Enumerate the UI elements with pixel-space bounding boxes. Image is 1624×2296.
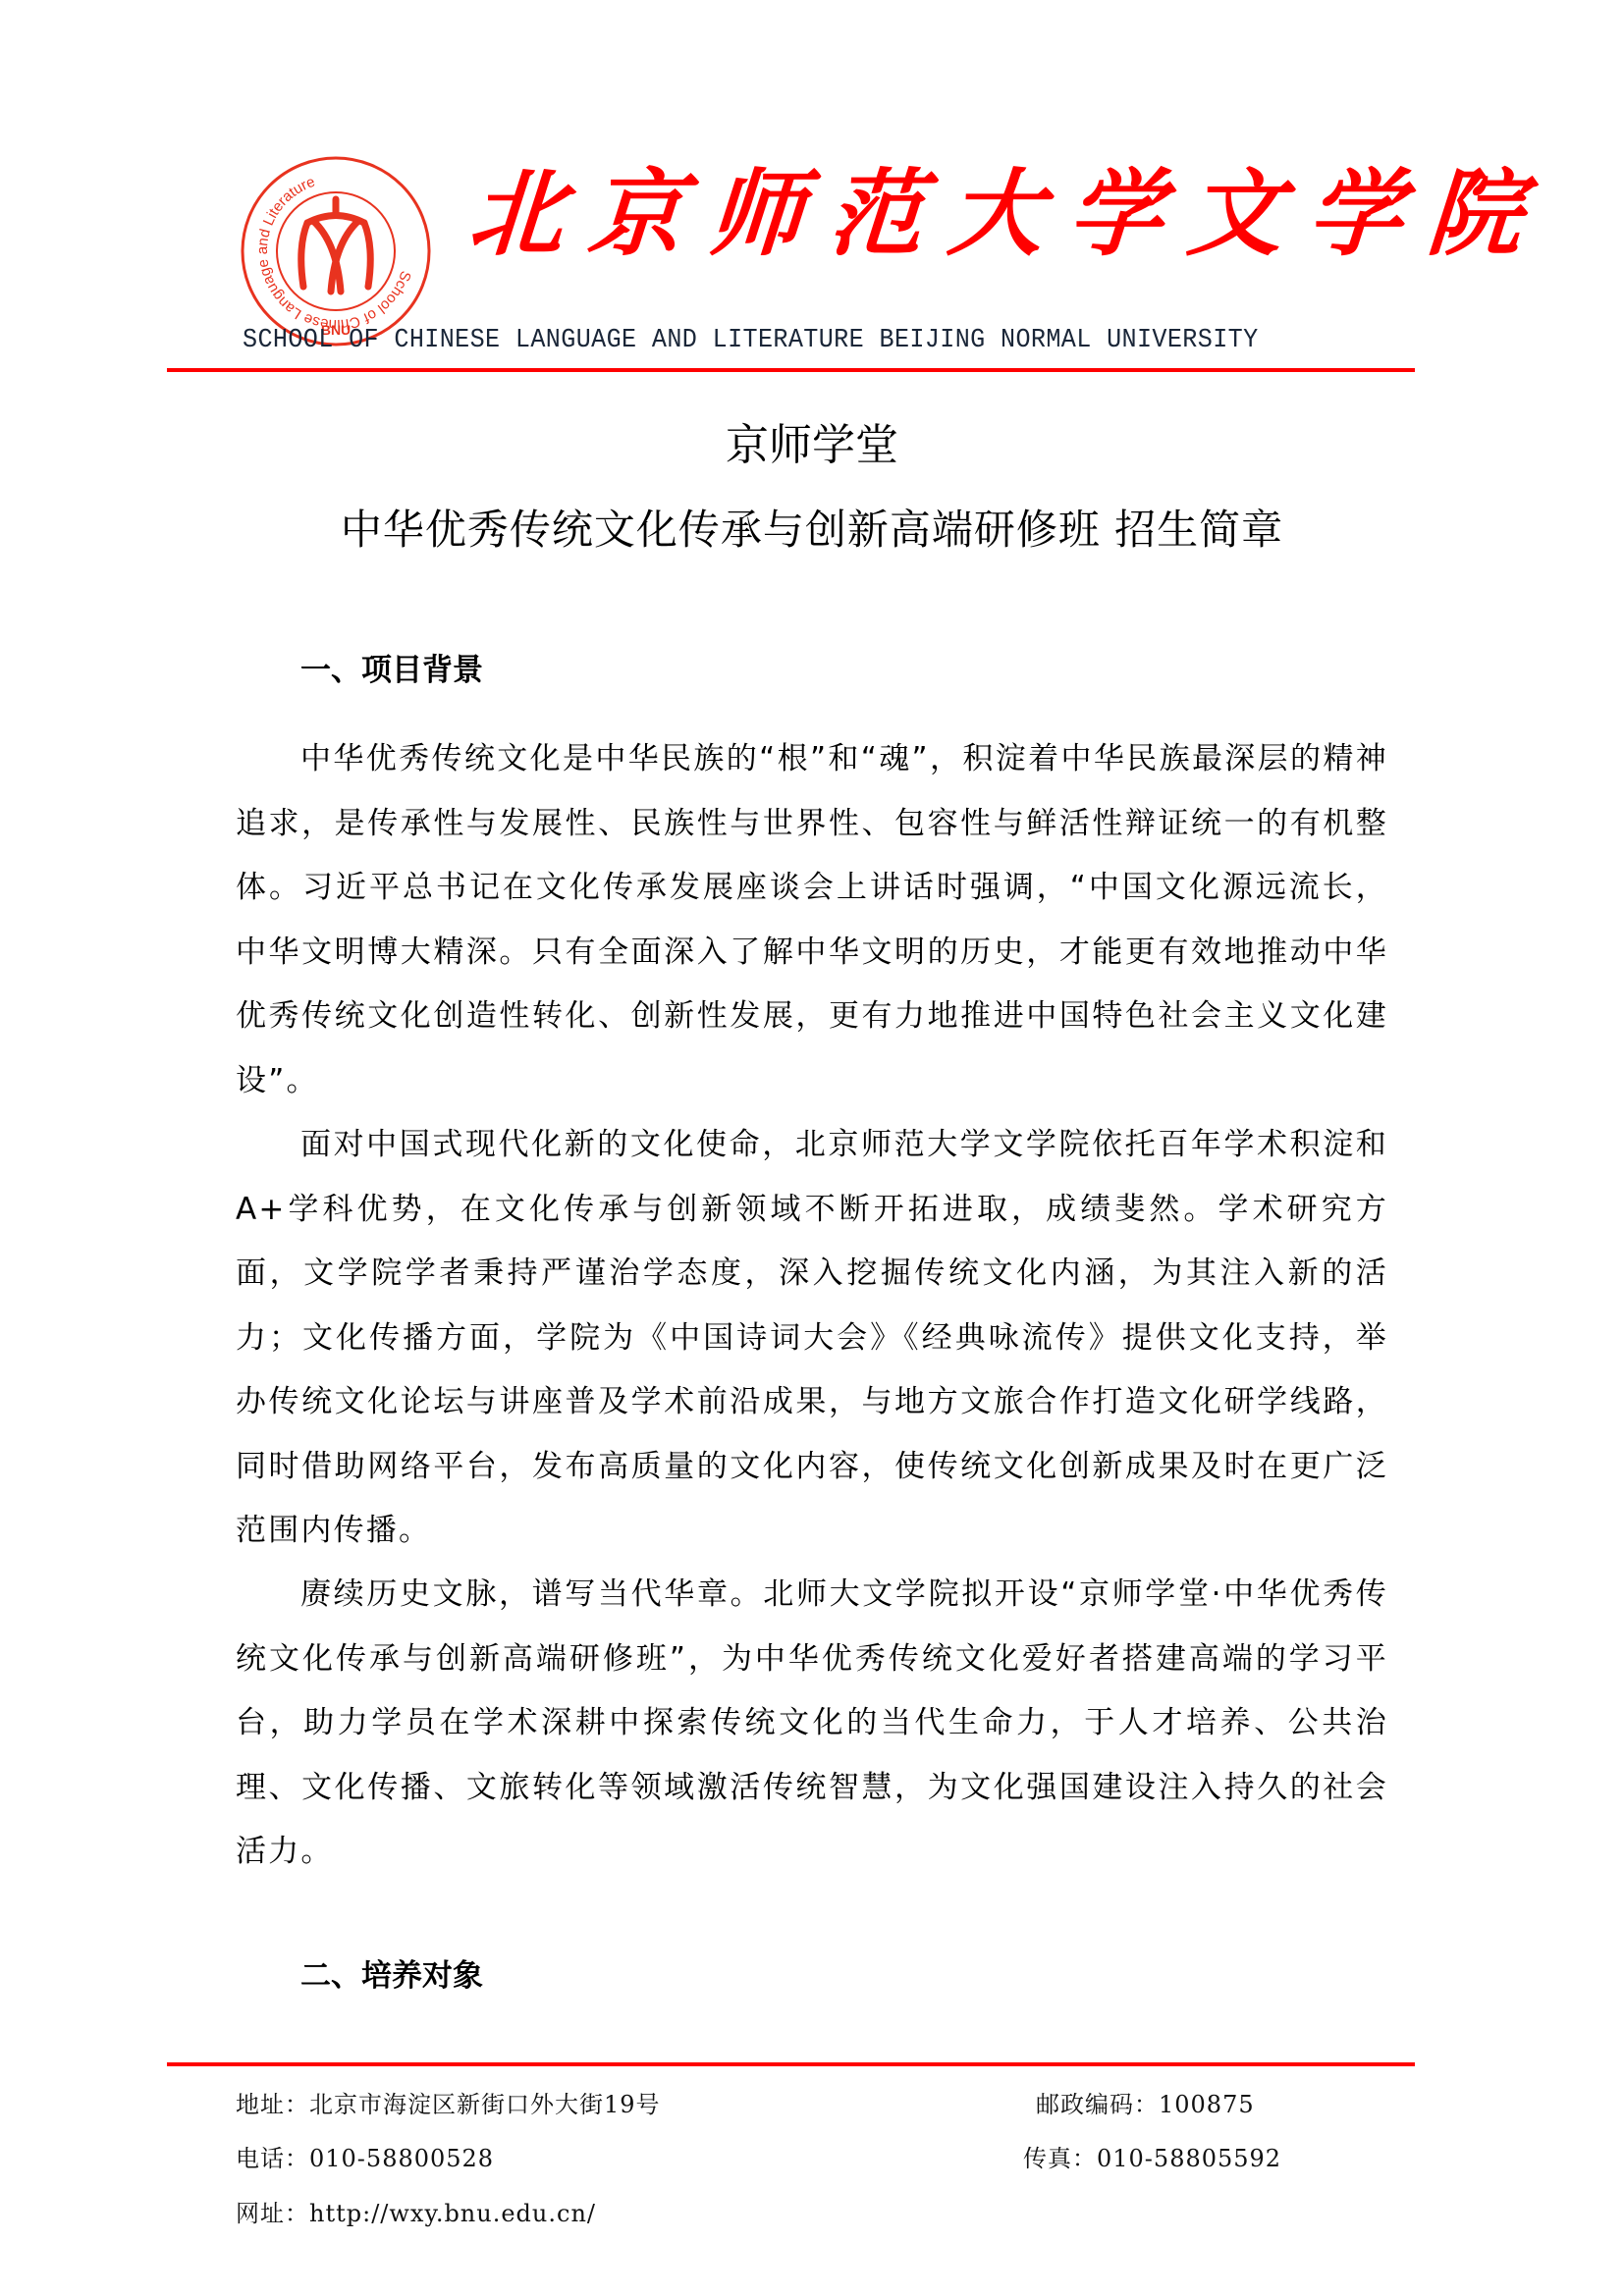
website-link[interactable]: http://wxy.bnu.edu.cn/: [309, 2200, 596, 2227]
document-subtitle: 中华优秀传统文化传承与创新高端研修班 招生简章: [0, 506, 1624, 555]
footer-divider: [167, 2062, 1415, 2066]
postcode-value: 100875: [1159, 2091, 1255, 2118]
footer-phone: 电话：010-58800528: [236, 2147, 494, 2170]
school-logo: School of Chinese Language and Literatur…: [239, 154, 433, 348]
institution-english-name: SCHOOL OF CHINESE LANGUAGE AND LITERATUR…: [243, 326, 1259, 355]
bnu-emblem-icon: School of Chinese Language and Literatur…: [239, 154, 433, 348]
paragraph-3: 赓续历史文脉，谱写当代华章。北师大文学院拟开设“京师学堂·中华优秀传统文化传承与…: [236, 1563, 1388, 1885]
footer-address: 地址：北京市海淀区新街口外大街19号: [236, 2093, 661, 2116]
address-value: 北京市海淀区新街口外大街19号: [309, 2091, 661, 2118]
footer-postcode: 邮政编码：100875: [1036, 2093, 1255, 2116]
paragraph-2: 面对中国式现代化新的文化使命，北京师范大学文学院依托百年学术积淀和A+学科优势，…: [236, 1113, 1388, 1564]
phone-value: 010-58800528: [309, 2145, 494, 2172]
website-label: 网址：: [236, 2200, 309, 2227]
postcode-label: 邮政编码：: [1036, 2091, 1159, 2118]
paragraph-1: 中华优秀传统文化是中华民族的“根”和“魂”，积淀着中华民族最深层的精神追求，是传…: [236, 727, 1388, 1113]
fax-label: 传真：: [1023, 2145, 1097, 2172]
header-divider: [167, 368, 1415, 372]
fax-value: 010-58805592: [1097, 2145, 1281, 2172]
footer-website: 网址：http://wxy.bnu.edu.cn/: [236, 2202, 596, 2225]
address-label: 地址：: [236, 2091, 309, 2118]
section-heading-background: 一、项目背景: [300, 653, 483, 689]
footer-fax: 传真：010-58805592: [1023, 2147, 1281, 2170]
phone-label: 电话：: [236, 2145, 309, 2172]
institution-name: 北京师范大学文学院: [466, 167, 1551, 261]
document-title: 京师学堂: [0, 420, 1624, 472]
section-heading-target-audience: 二、培养对象: [300, 1958, 483, 1995]
